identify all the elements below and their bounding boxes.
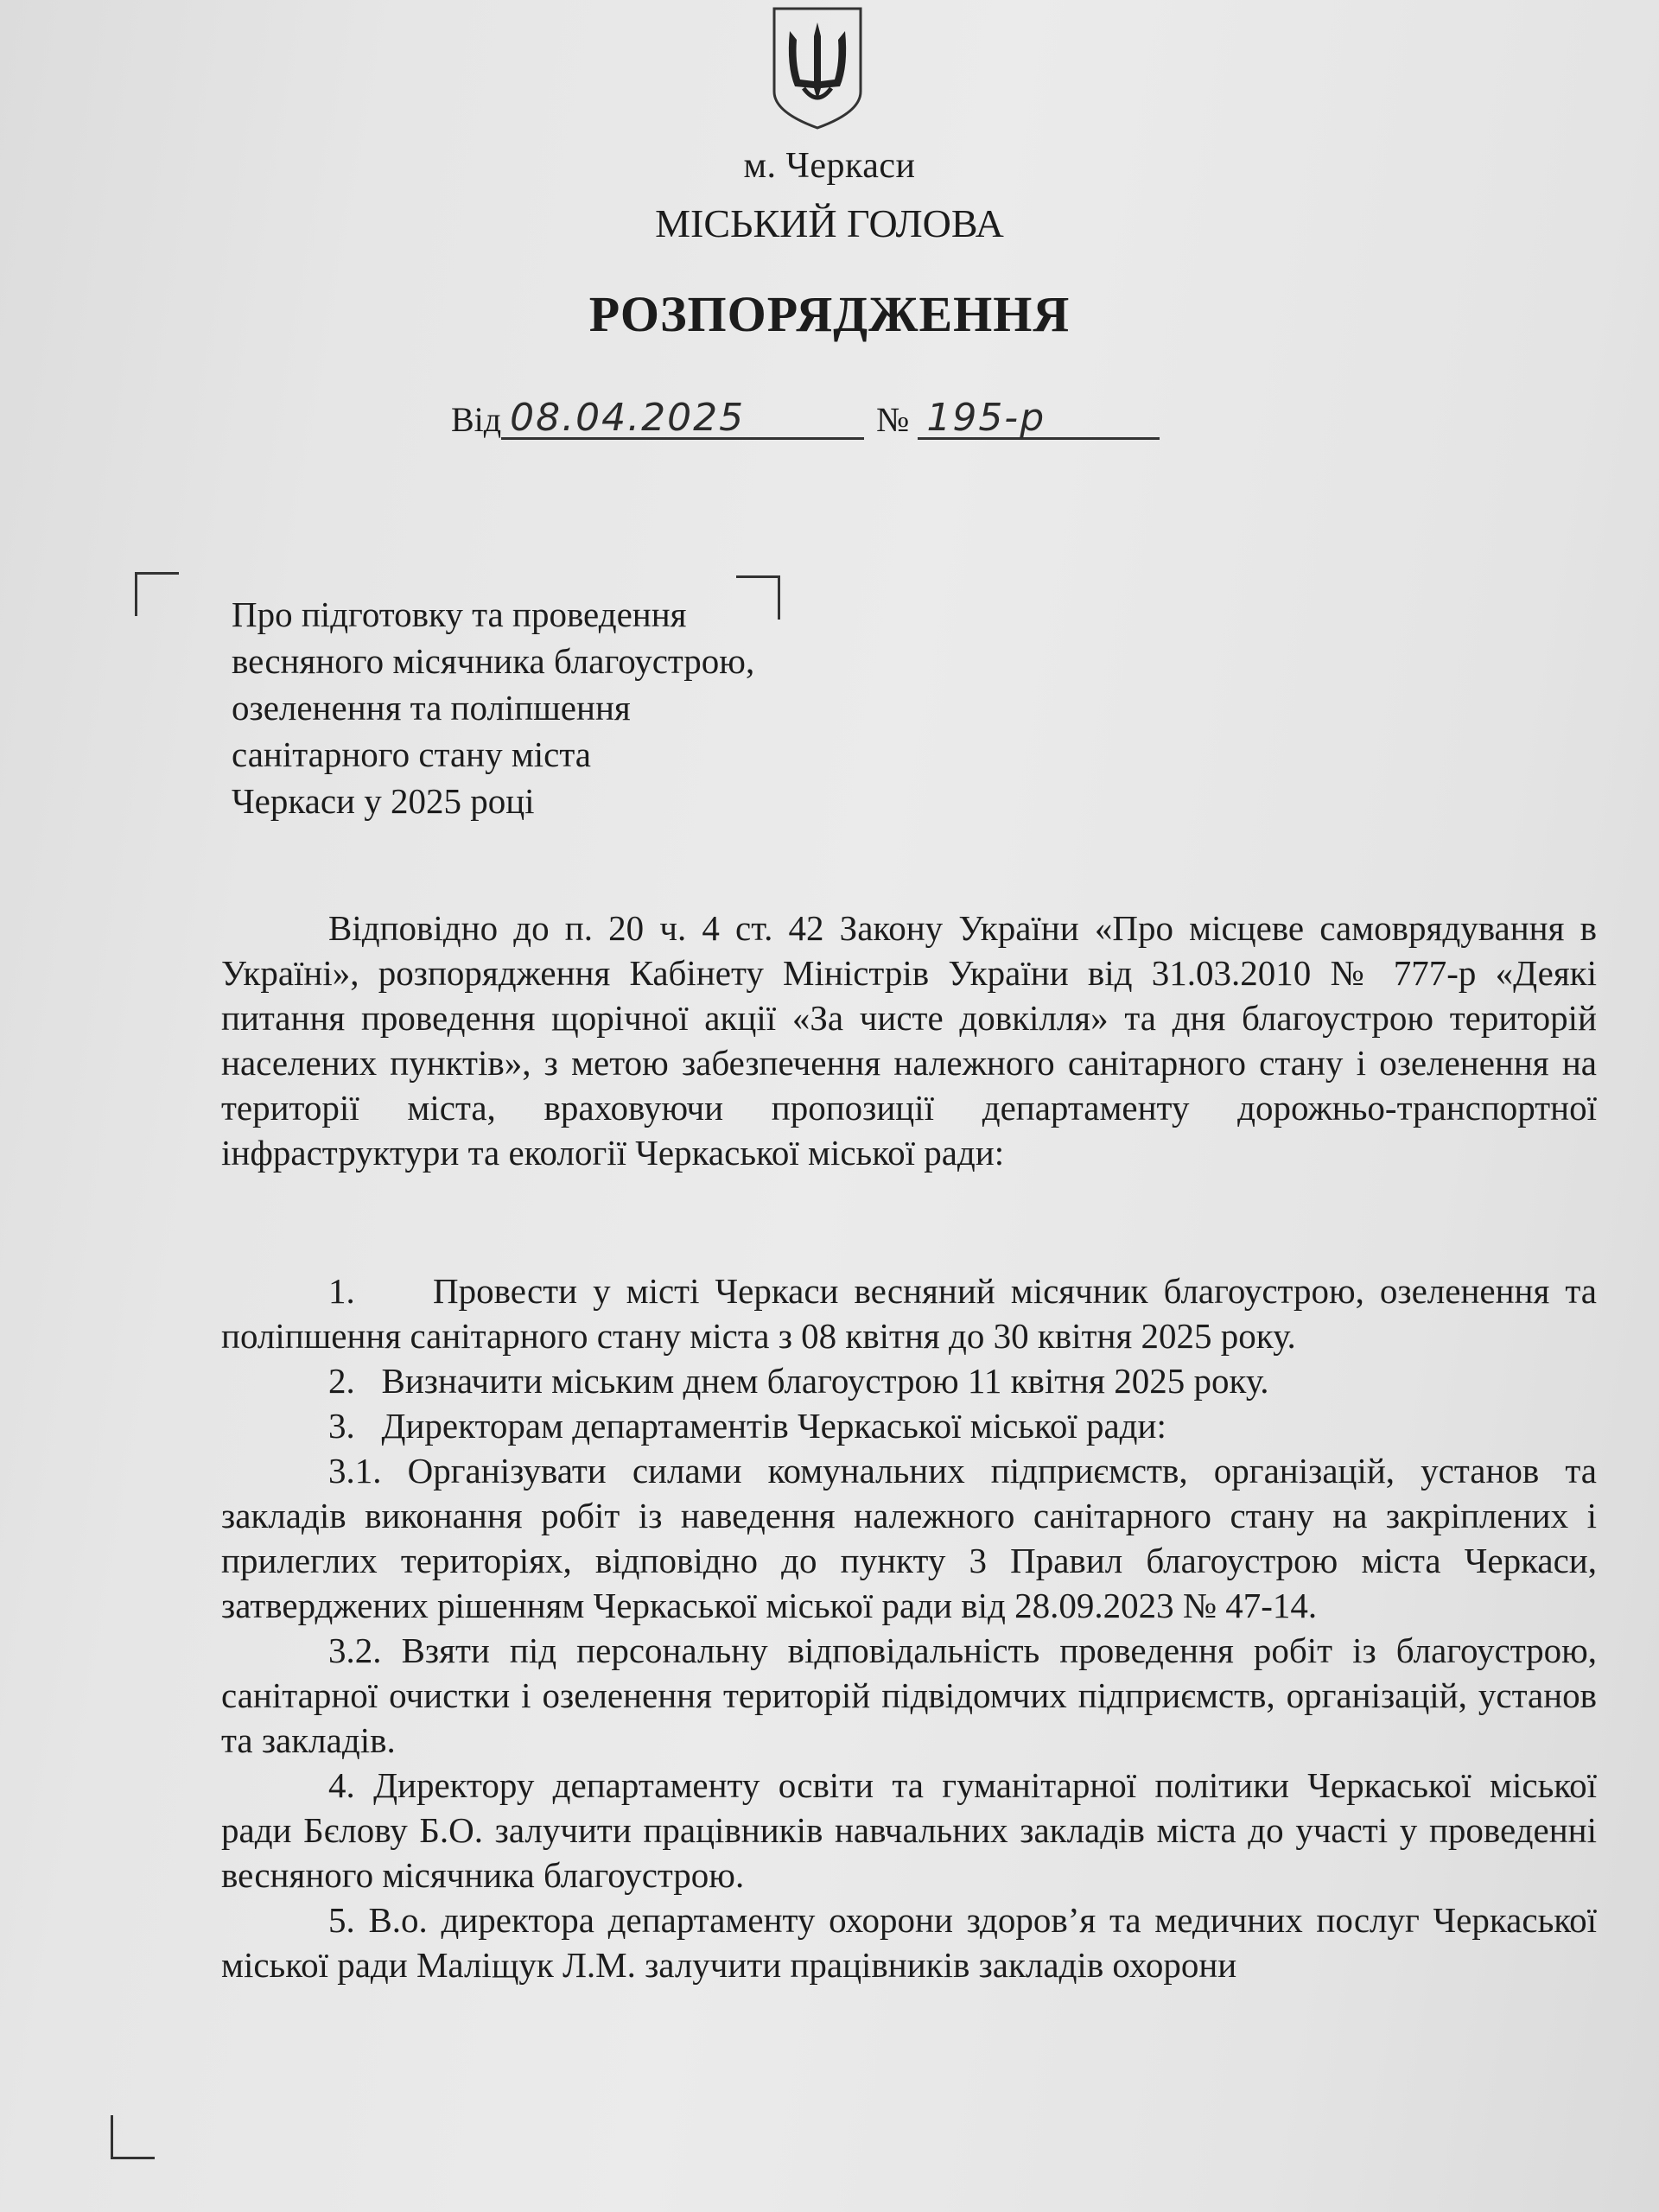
item-number: 3. — [328, 1406, 355, 1446]
date-label: Від — [451, 399, 501, 440]
item-text: Організувати силами комунальних підприєм… — [221, 1451, 1597, 1625]
date-number-line: Від 08.04.2025 № 195-р — [451, 399, 1160, 440]
preamble-text: Відповідно до п. 20 ч. 4 ст. 42 Закону У… — [221, 906, 1597, 1175]
subject-block: Про підготовку та проведення весняного м… — [232, 591, 754, 824]
document-page: м. Черкаси МІСЬКИЙ ГОЛОВА РОЗПОРЯДЖЕННЯ … — [0, 0, 1659, 2212]
item-text: Директору департаменту освіти та гуманіт… — [221, 1765, 1597, 1895]
order-items: 1. Провести у місті Черкаси весняний міс… — [221, 1268, 1597, 1987]
item-number: 1. — [328, 1271, 355, 1311]
item-number: 5. — [328, 1900, 355, 1940]
order-item: 3. Директорам департаментів Черкаської м… — [221, 1403, 1597, 1448]
order-item: 3.2. Взяти під персональну відповідальні… — [221, 1628, 1597, 1763]
document-type: РОЗПОРЯДЖЕННЯ — [0, 285, 1659, 343]
trident-emblem-icon — [769, 5, 866, 131]
order-item: 5. В.о. директора департаменту охорони з… — [221, 1897, 1597, 1987]
item-number: 3.1. — [328, 1451, 382, 1491]
order-item: 4. Директору департаменту освіти та гума… — [221, 1763, 1597, 1897]
city-name: м. Черкаси — [0, 145, 1659, 187]
order-item: 2. Визначити міським днем благоустрою 11… — [221, 1358, 1597, 1403]
subject-line: Черкаси у 2025 році — [232, 778, 754, 824]
subject-line: весняного місячника благоустрою, — [232, 638, 754, 684]
corner-mark-top-left — [135, 572, 179, 616]
item-number: 3.2. — [328, 1630, 382, 1670]
item-text: В.о. директора департаменту охорони здор… — [221, 1900, 1597, 1985]
preamble-paragraph: Відповідно до п. 20 ч. 4 ст. 42 Закону У… — [221, 906, 1597, 1175]
order-item: 3.1. Організувати силами комунальних під… — [221, 1448, 1597, 1628]
item-number: 2. — [328, 1361, 355, 1401]
handwritten-date: 08.04.2025 — [501, 399, 864, 440]
order-item: 1. Провести у місті Черкаси весняний міс… — [221, 1268, 1597, 1358]
item-text: Директорам департаментів Черкаської місь… — [382, 1406, 1166, 1446]
item-number: 4. — [328, 1765, 355, 1805]
office-title: МІСЬКИЙ ГОЛОВА — [0, 200, 1659, 246]
subject-line: озеленення та поліпшення — [232, 684, 754, 731]
item-text: Провести у місті Черкаси весняний місячн… — [221, 1271, 1597, 1356]
subject-line: Про підготовку та проведення — [232, 591, 754, 638]
item-text: Взяти під персональну відповідальність п… — [221, 1630, 1597, 1760]
item-text: Визначити міським днем благоустрою 11 кв… — [382, 1361, 1269, 1401]
number-label: № — [876, 399, 909, 440]
subject-line: санітарного стану міста — [232, 731, 754, 778]
handwritten-number: 195-р — [918, 399, 1160, 440]
corner-mark-bottom-left — [111, 2115, 155, 2159]
